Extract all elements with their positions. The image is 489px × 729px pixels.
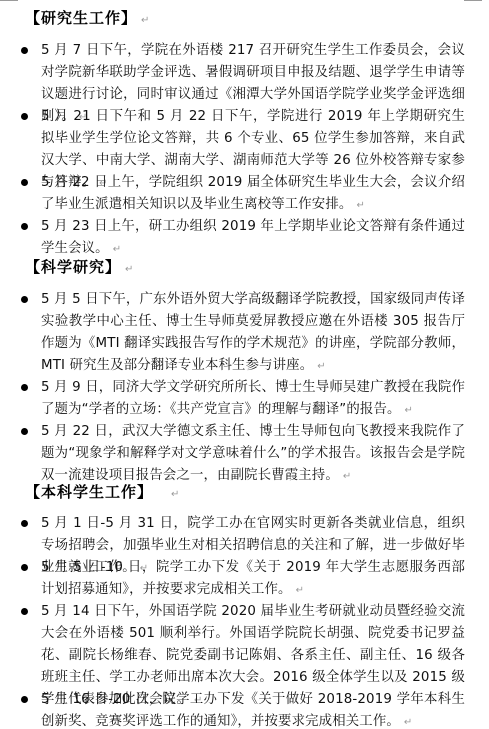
list-item-text: 5 月 5 日-10 日，院学工办下发《关于 2019 年大学生志愿服务西部计划… [41,557,465,602]
bullet-icon [21,296,28,303]
bullet-icon [21,520,28,527]
list-item-text: 5 月 5 日下午，广东外语外贸大学高级翻译学院教授，国家级同声传译实验教学中心… [41,289,465,378]
bullet-icon [21,608,28,615]
bullet-icon [21,179,28,186]
paragraph-mark-icon: ↵ [404,717,413,728]
section-heading-graduate-work: 【研究生工作】↵ [25,7,150,28]
paragraph-mark-icon: ↵ [405,405,414,416]
bullet-icon [21,696,28,703]
bullet-icon [21,564,28,571]
bullet-icon [21,113,28,120]
section-heading-research: 【科学研究】↵ [25,256,134,277]
list-item-text: 5 月 9 日，同济大学文学研究所所长、博士生导师吴建广教授在我院作了题为“学者… [41,377,465,422]
paragraph-mark-icon: ↵ [317,361,326,372]
margin-corner-mark-right [464,0,482,1]
section-heading-undergraduate-work: 【本科学生工作】↵ [25,481,180,502]
bullet-icon [21,47,28,54]
paragraph-mark-icon: ↵ [171,489,180,500]
list-item-text: 5 月 22 日，武汉大学德文系主任、博士生导师包向飞教授来我院作了题为“现象学… [41,421,465,488]
list-item-text: 5 月 16 日-20 日，院学工办下发《关于做好 2018-2019 学年本科… [41,689,465,729]
paragraph-mark-icon: ↵ [343,471,352,482]
list-item-text: 5 月 22 日上午，学院组织 2019 届全体研究生毕业生大会，会议介绍了毕业… [41,172,465,217]
bullet-icon [21,384,28,391]
bullet-icon [21,428,28,435]
paragraph-mark-icon: ↵ [125,264,134,275]
margin-corner-mark-left [0,0,18,1]
paragraph-mark-icon: ↵ [356,200,365,211]
paragraph-mark-icon: ↵ [296,585,305,596]
bullet-icon [21,223,28,230]
paragraph-mark-icon: ↵ [141,15,150,26]
paragraph-mark-icon: ↵ [113,244,122,255]
list-item-text: 5 月 23 日上午，研工办组织 2019 年上学期毕业论文答辩有条件通过学生会… [41,216,465,261]
